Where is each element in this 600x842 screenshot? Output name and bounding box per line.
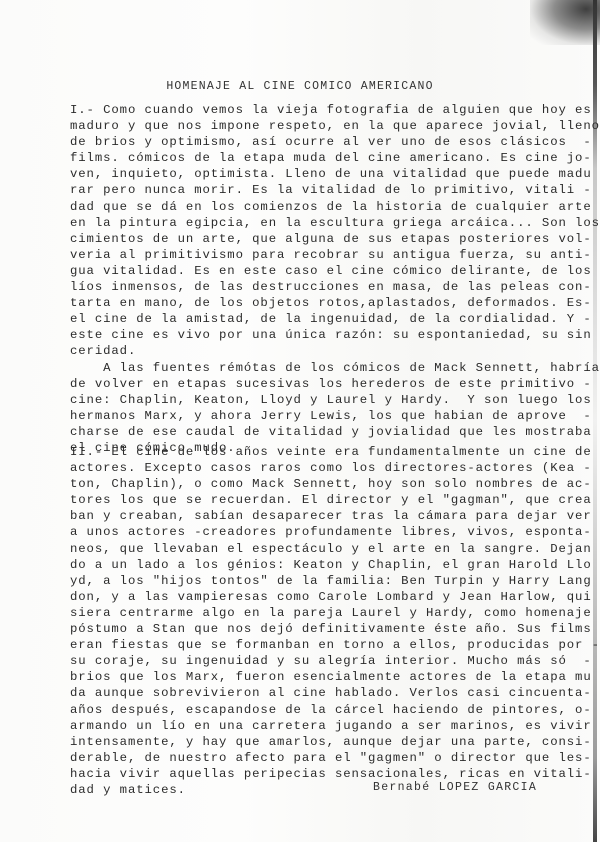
text-line: líos inmensos, de las destrucciones en m… <box>70 279 550 295</box>
text-line: de volver en etapas sucesivas los herede… <box>70 376 550 392</box>
text-line: veria al primitivismo para recobrar su a… <box>70 247 550 263</box>
text-line: el cine de la amistad, de la ingenuidad,… <box>70 311 550 327</box>
scanned-page: HOMENAJE AL CINE COMICO AMERICANO I.- Co… <box>0 0 600 842</box>
text-line: A las fuentes rémótas de los cómicos de … <box>70 360 550 376</box>
section-1-text: I.- Como cuando vemos la vieja fotografi… <box>70 102 550 456</box>
text-line: su coraje, su ingenuidad y su alegría in… <box>70 653 550 669</box>
text-line: charse de ese caudal de vitalidad y jovi… <box>70 424 550 440</box>
text-line: brios que los Marx, fueron esencialmente… <box>70 669 550 685</box>
text-line: yd, a los "hijos tontos" de la familia: … <box>70 573 550 589</box>
text-line: ceridad. <box>70 343 550 359</box>
text-line: este cine es vivo por una única razón: s… <box>70 327 550 343</box>
text-line: a unos actores -creadores profundamente … <box>70 524 550 540</box>
text-line: en la pintura egipcia, en la escultura g… <box>70 215 550 231</box>
text-line: póstumo a Stan que nos dejó definitivame… <box>70 621 550 637</box>
text-line: tores los que se recuerdan. El director … <box>70 492 550 508</box>
text-line: actores. Excepto casos raros como los di… <box>70 460 550 476</box>
text-line: ven, inquieto, optimista. Lleno de una v… <box>70 166 550 182</box>
text-line: do a un lado a los génios: Keaton y Chap… <box>70 557 550 573</box>
text-line: maduro y que nos impone respeto, en la q… <box>70 118 550 134</box>
text-line: neos, que llevaban el espectáculo y el a… <box>70 541 550 557</box>
text-line: don, y a las vampieresas como Carole Lom… <box>70 589 550 605</box>
text-line: derable, de nuestro afecto para el "gagm… <box>70 750 550 766</box>
text-line: hermanos Marx, y ahora Jerry Lewis, los … <box>70 408 550 424</box>
text-line: cimientos de un arte, que alguna de sus … <box>70 231 550 247</box>
text-line: ban y creaban, sabían desaparecer tras l… <box>70 508 550 524</box>
section-2-text: II.- El cine de los años veinte era fund… <box>70 444 550 798</box>
author-signature: Bernabé LOPEZ GARCIA <box>373 781 537 794</box>
text-line: I.- Como cuando vemos la vieja fotografi… <box>70 102 550 118</box>
text-line: hacia vivir aquellas peripecias sensacio… <box>70 766 550 782</box>
text-line: intensamente, y hay que amarlos, aunque … <box>70 734 550 750</box>
text-line: armando un lío en una carretera jugando … <box>70 718 550 734</box>
text-line: años después, escapandose de la cárcel h… <box>70 702 550 718</box>
text-line: tarta en mano, de los objetos rotos,apla… <box>70 295 550 311</box>
text-line: rar pero nunca morir. Es la vitalidad de… <box>70 182 550 198</box>
document-title: HOMENAJE AL CINE COMICO AMERICANO <box>0 80 600 93</box>
text-line: de brios y optimismo, así ocurre al ver … <box>70 134 550 150</box>
text-line: dad que se dá en los comienzos de la his… <box>70 199 550 215</box>
text-line: da aunque sobrevivieron al cine hablado.… <box>70 685 550 701</box>
scan-smudge <box>530 0 600 45</box>
text-line: films. cómicos de la etapa muda del cine… <box>70 150 550 166</box>
text-line: eran fiestas que se formanban en torno a… <box>70 637 550 653</box>
text-line: gua vitalidad. Es en este caso el cine c… <box>70 263 550 279</box>
text-line: cine: Chaplin, Keaton, Lloyd y Laurel y … <box>70 392 550 408</box>
text-line: siera centrarme algo en la pareja Laurel… <box>70 605 550 621</box>
text-line: ton, Chaplin), o como Mack Sennett, hoy … <box>70 476 550 492</box>
text-line: II.- El cine de los años veinte era fund… <box>70 444 550 460</box>
